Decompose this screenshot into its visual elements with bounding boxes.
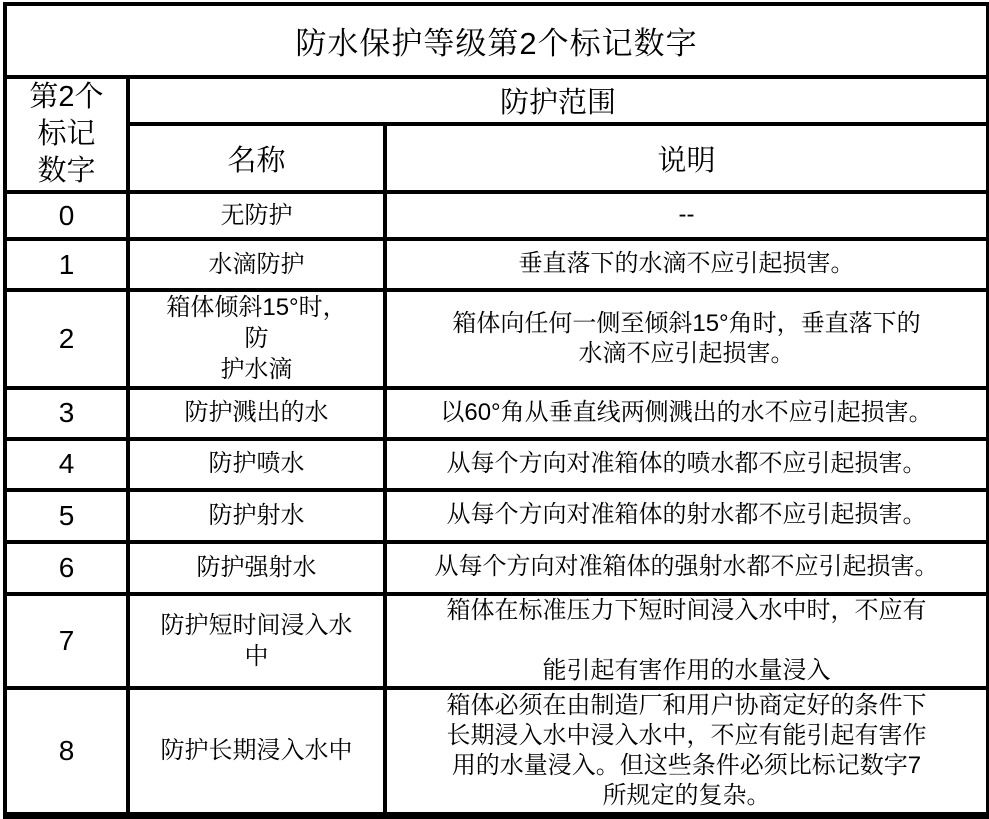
- digit-cell: 3: [5, 388, 128, 439]
- name-cell: 无防护: [128, 192, 385, 239]
- name-cell: 防护射水: [128, 490, 385, 542]
- desc-cell: 从每个方向对准箱体的强射水都不应引起损害。: [385, 542, 988, 594]
- table-row-6: 6 防护强射水 从每个方向对准箱体的强射水都不应引起损害。: [5, 542, 988, 594]
- digit-cell: 1: [5, 239, 128, 290]
- digit-cell: 2: [5, 290, 128, 388]
- table-row-2: 2 箱体倾斜15°时， 防 护水滴 箱体向任何一侧至倾斜15°角时，垂直落下的 …: [5, 290, 988, 388]
- name-cell: 防护溅出的水: [128, 388, 385, 439]
- desc-cell: 箱体在标准压力下短时间浸入水中时，不应有 能引起有害作用的水量浸入: [385, 594, 988, 689]
- table-row-8: 8 防护长期浸入水中 箱体必须在由制造厂和用户协商定好的条件下 长期浸入水中浸入…: [5, 688, 988, 815]
- digit-cell: 4: [5, 439, 128, 490]
- digit-cell: 7: [5, 594, 128, 689]
- waterproof-rating-table: 防水保护等级第2个标记数字 第2个 标记 数字 防护范围 名称 说明 0 无防护…: [3, 2, 989, 819]
- table-row-7: 7 防护短时间浸入水 中 箱体在标准压力下短时间浸入水中时，不应有 能引起有害作…: [5, 594, 988, 689]
- digit-cell: 5: [5, 490, 128, 542]
- desc-cell: 从每个方向对准箱体的射水都不应引起损害。: [385, 490, 988, 542]
- name-cell: 防护强射水: [128, 542, 385, 594]
- name-cell: 防护短时间浸入水 中: [128, 594, 385, 689]
- page: 防水保护等级第2个标记数字 第2个 标记 数字 防护范围 名称 说明 0 无防护…: [0, 0, 989, 808]
- table-row-0: 0 无防护 --: [5, 192, 988, 239]
- table-row-4: 4 防护喷水 从每个方向对准箱体的喷水都不应引起损害。: [5, 439, 988, 490]
- table-row-1: 1 水滴防护 垂直落下的水滴不应引起损害。: [5, 239, 988, 290]
- table-row-3: 3 防护溅出的水 以60°角从垂直线两侧溅出的水不应引起损害。: [5, 388, 988, 439]
- digit-cell: 8: [5, 688, 128, 815]
- name-cell: 水滴防护: [128, 239, 385, 290]
- desc-cell: 以60°角从垂直线两侧溅出的水不应引起损害。: [385, 388, 988, 439]
- title-row: 防水保护等级第2个标记数字: [5, 4, 988, 77]
- table-title: 防水保护等级第2个标记数字: [5, 4, 988, 77]
- desc-cell: 从每个方向对准箱体的喷水都不应引起损害。: [385, 439, 988, 490]
- header-desc: 说明: [385, 124, 988, 192]
- digit-cell: 6: [5, 542, 128, 594]
- digit-cell: 0: [5, 192, 128, 239]
- header-scope: 防护范围: [128, 77, 988, 124]
- desc-cell: --: [385, 192, 988, 239]
- header-row-columns: 名称 说明: [5, 124, 988, 192]
- desc-cell: 垂直落下的水滴不应引起损害。: [385, 239, 988, 290]
- desc-cell: 箱体必须在由制造厂和用户协商定好的条件下 长期浸入水中浸入水中，不应有能引起有害…: [385, 688, 988, 815]
- table-row-5: 5 防护射水 从每个方向对准箱体的射水都不应引起损害。: [5, 490, 988, 542]
- desc-cell: 箱体向任何一侧至倾斜15°角时，垂直落下的 水滴不应引起损害。: [385, 290, 988, 388]
- name-cell: 箱体倾斜15°时， 防 护水滴: [128, 290, 385, 388]
- name-cell: 防护长期浸入水中: [128, 688, 385, 815]
- header-name: 名称: [128, 124, 385, 192]
- header-row-scope: 第2个 标记 数字 防护范围: [5, 77, 988, 124]
- header-digit: 第2个 标记 数字: [5, 77, 128, 192]
- name-cell: 防护喷水: [128, 439, 385, 490]
